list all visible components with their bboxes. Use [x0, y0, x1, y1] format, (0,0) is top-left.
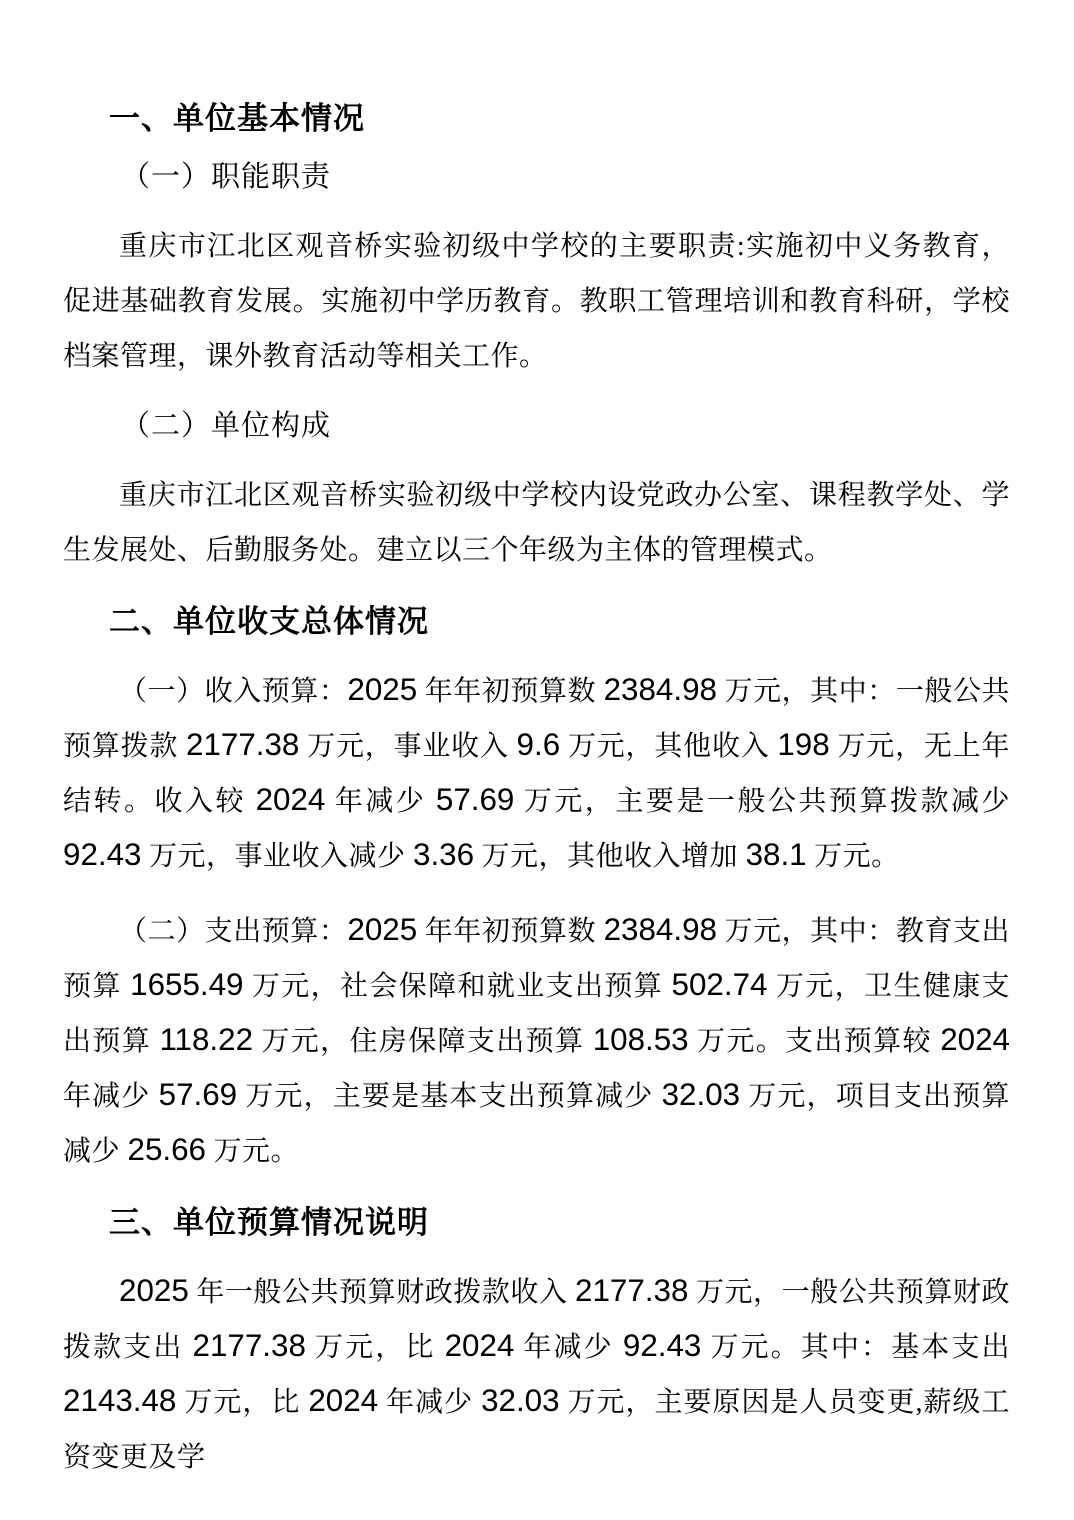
heading-unit-basic-info: 一、单位基本情况: [109, 97, 1010, 141]
heading-budget-explanation: 三、单位预算情况说明: [109, 1201, 1010, 1245]
paragraph-revenue-budget: （一）收入预算：2025 年年初预算数 2384.98 万元，其中：一般公共预算…: [63, 664, 1010, 884]
document-page: 一、单位基本情况 （一）职能职责 重庆市江北区观音桥实验初级中学校的主要职责:实…: [0, 0, 1074, 1520]
document-body: { "page": { "background_color": "#ffffff…: [0, 0, 1074, 1520]
subheading-unit-composition: （二）单位构成: [121, 404, 1010, 448]
paragraph-unit-composition: 重庆市江北区观音桥实验初级中学校内设党政办公室、课程教学处、学生发展处、后勤服务…: [63, 468, 1010, 578]
subheading-functions-duties: （一）职能职责: [121, 155, 1010, 199]
paragraph-expenditure-budget: （二）支出预算：2025 年年初预算数 2384.98 万元，其中：教育支出预算…: [63, 904, 1010, 1179]
heading-revenue-expenditure-overview: 二、单位收支总体情况: [109, 600, 1010, 644]
paragraph-functions-duties: 重庆市江北区观音桥实验初级中学校的主要职责:实施初中义务教育，促进基础教育发展。…: [63, 219, 1010, 384]
paragraph-budget-explanation: 2025 年一般公共预算财政拨款收入 2177.38 万元，一般公共预算财政拨款…: [63, 1265, 1010, 1485]
